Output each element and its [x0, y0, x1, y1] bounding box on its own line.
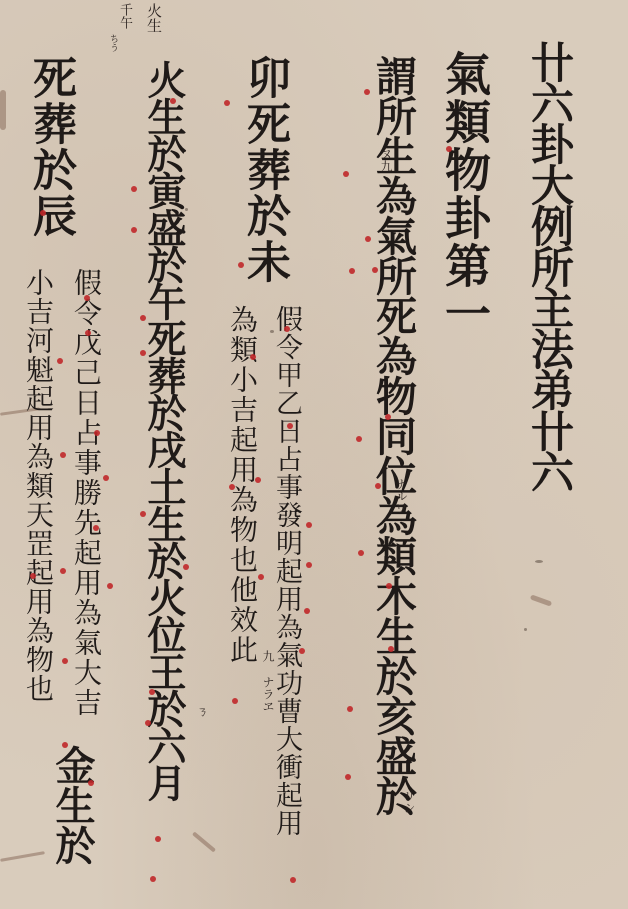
- red-punctuation-mark: [446, 146, 452, 152]
- red-punctuation-mark: [345, 774, 351, 780]
- red-punctuation-mark: [258, 574, 264, 580]
- heading-column: 氣類物卦第一: [442, 50, 488, 338]
- red-punctuation-mark: [93, 525, 99, 531]
- red-punctuation-mark: [343, 171, 349, 177]
- red-punctuation-mark: [356, 436, 362, 442]
- reading-annotation: ㄋ: [196, 705, 208, 717]
- red-punctuation-mark: [84, 295, 90, 301]
- red-punctuation-mark: [150, 876, 156, 882]
- red-punctuation-mark: [250, 354, 256, 360]
- red-punctuation-mark: [224, 100, 230, 106]
- red-punctuation-mark: [287, 423, 293, 429]
- red-punctuation-mark: [284, 326, 290, 332]
- red-punctuation-mark: [388, 646, 394, 652]
- red-punctuation-mark: [347, 706, 353, 712]
- commentary-column: 小吉河魁起用為類天罡起用為物也: [24, 268, 52, 703]
- reading-annotation: ヌ九: [380, 148, 392, 172]
- red-punctuation-mark: [375, 483, 381, 489]
- reading-annotation: ナルワ: [395, 478, 407, 514]
- reading-annotation: 九 ナラヱ: [262, 650, 274, 712]
- commentary-column: 假令甲乙日占事發明起用為氣功曹大衝起用: [273, 305, 300, 837]
- red-punctuation-mark: [145, 720, 151, 726]
- red-punctuation-mark: [60, 568, 66, 574]
- red-punctuation-mark: [372, 267, 378, 273]
- paper-fiber: [0, 90, 6, 130]
- main-text-column: 死葬於辰: [28, 55, 72, 239]
- red-punctuation-mark: [238, 262, 244, 268]
- marginal-annotation: 千午: [118, 3, 131, 29]
- red-punctuation-mark: [140, 350, 146, 356]
- red-punctuation-mark: [386, 583, 392, 589]
- red-punctuation-mark: [364, 89, 370, 95]
- red-punctuation-mark: [155, 836, 161, 842]
- red-punctuation-mark: [232, 698, 238, 704]
- marginal-annotation: ちう: [108, 34, 117, 52]
- red-punctuation-mark: [131, 186, 137, 192]
- red-punctuation-mark: [140, 315, 146, 321]
- red-punctuation-mark: [385, 414, 391, 420]
- main-text-column: 卯死葬於未: [242, 55, 286, 285]
- red-punctuation-mark: [94, 430, 100, 436]
- red-punctuation-mark: [306, 522, 312, 528]
- title-column: 卄六卦大例所主法弟卄六: [527, 40, 570, 491]
- red-punctuation-mark: [57, 358, 63, 364]
- red-punctuation-mark: [140, 511, 146, 517]
- red-punctuation-mark: [365, 236, 371, 242]
- main-text-column: 金生於: [52, 745, 92, 865]
- paper-speck: [524, 628, 527, 631]
- red-punctuation-mark: [107, 583, 113, 589]
- red-punctuation-mark: [30, 573, 36, 579]
- red-punctuation-mark: [62, 658, 68, 664]
- red-punctuation-mark: [358, 550, 364, 556]
- red-punctuation-mark: [183, 564, 189, 570]
- red-punctuation-mark: [306, 562, 312, 568]
- red-punctuation-mark: [60, 452, 66, 458]
- red-punctuation-mark: [88, 780, 94, 786]
- red-punctuation-mark: [170, 98, 176, 104]
- paper-speck: [535, 560, 543, 563]
- red-punctuation-mark: [229, 484, 235, 490]
- marginal-annotation: 火生: [146, 3, 161, 33]
- red-punctuation-mark: [85, 330, 91, 336]
- red-punctuation-mark: [304, 608, 310, 614]
- red-punctuation-mark: [131, 227, 137, 233]
- red-punctuation-mark: [290, 877, 296, 883]
- reading-annotation: リシ: [403, 790, 415, 814]
- red-punctuation-mark: [349, 268, 355, 274]
- red-punctuation-mark: [255, 477, 261, 483]
- red-punctuation-mark: [299, 648, 305, 654]
- red-punctuation-mark: [40, 210, 46, 216]
- red-punctuation-mark: [149, 689, 155, 695]
- red-punctuation-mark: [103, 475, 109, 481]
- red-punctuation-mark: [62, 742, 68, 748]
